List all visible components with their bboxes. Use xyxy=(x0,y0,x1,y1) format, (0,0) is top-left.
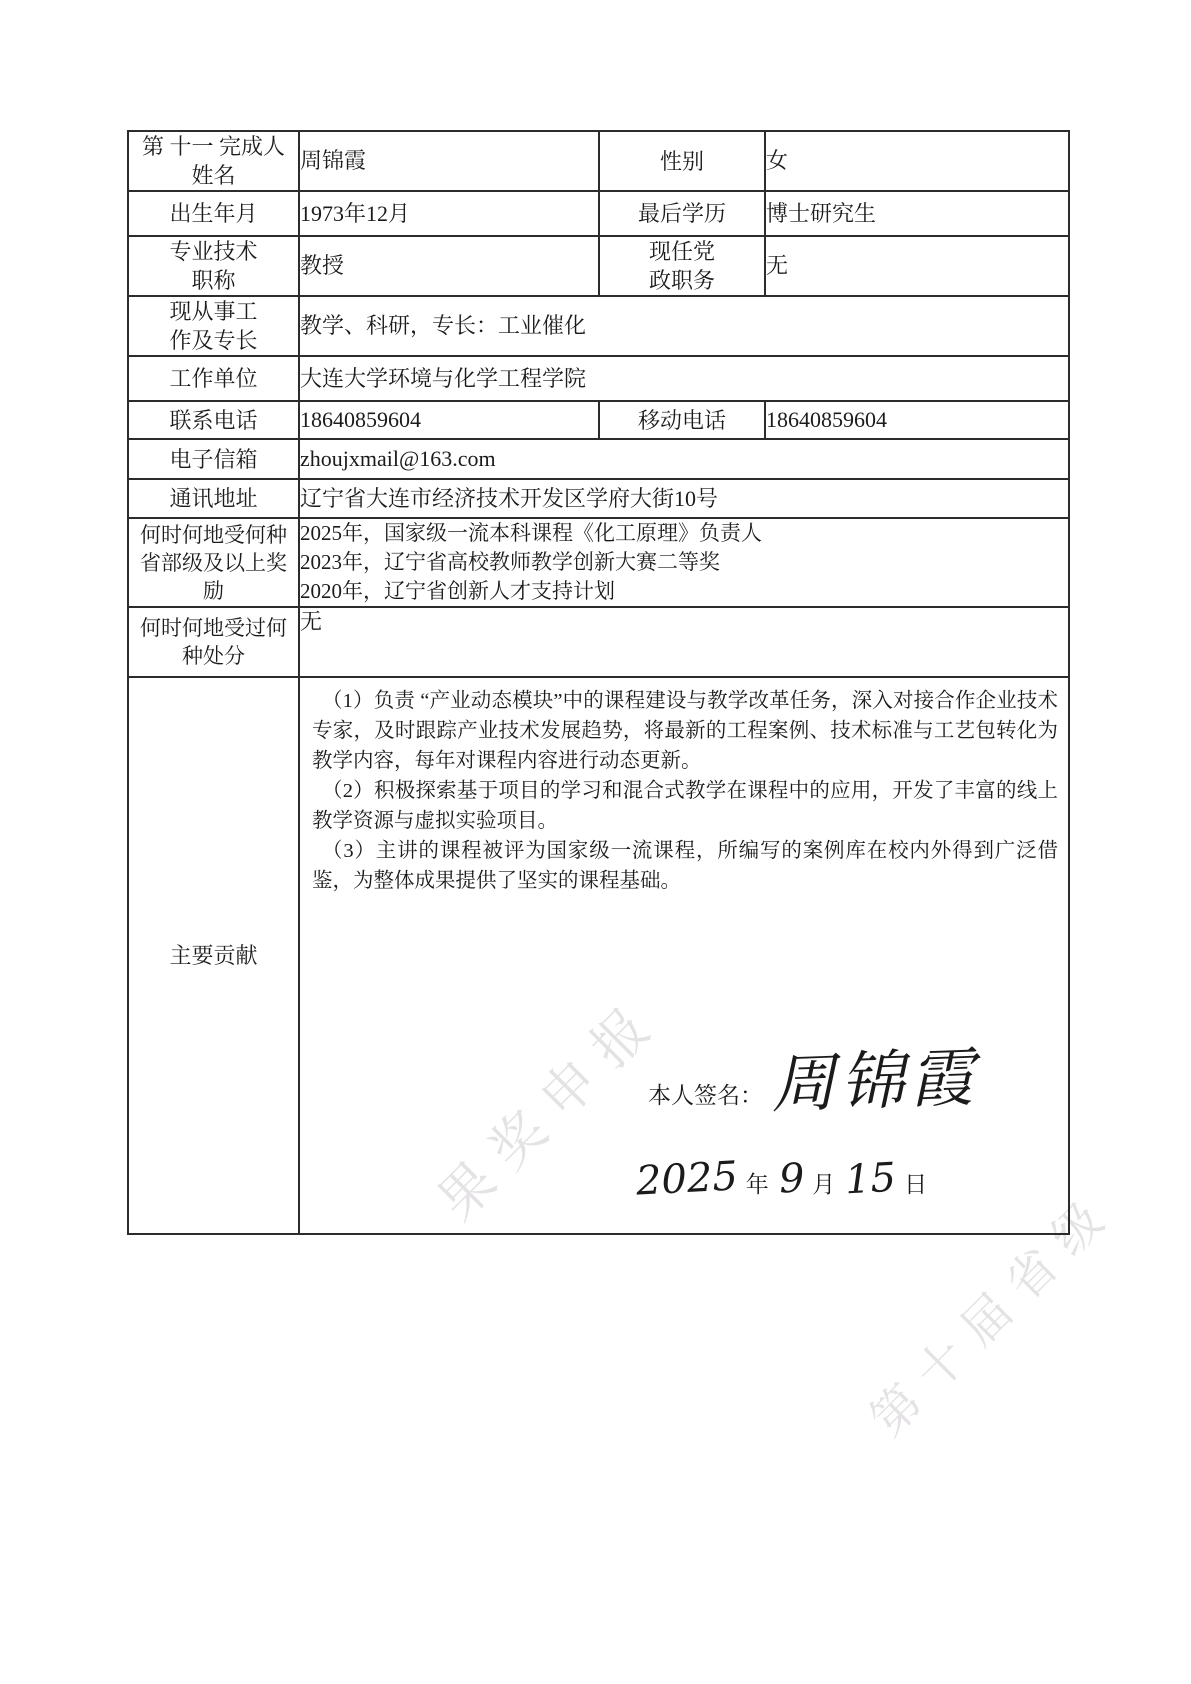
table-row: 电子信箱 zhoujxmail@163.com xyxy=(128,439,1069,479)
education-label: 最后学历 xyxy=(599,191,765,236)
table-row: 何时何地受何种 省部级及以上奖 励 2025年，国家级一流本科课程《化工原理》负… xyxy=(128,518,1069,607)
contribution-paragraph-2: （2）积极探索基于项目的学习和混合式教学在课程中的应用，开发了丰富的线上教学资源… xyxy=(312,776,1058,836)
table-row: 第 十一 完成人 姓名 周锦霞 性别 女 xyxy=(128,131,1069,191)
professional-title-value: 教授 xyxy=(299,236,599,296)
award-line-3: 2020年，辽宁省创新人才支持计划 xyxy=(300,577,1068,606)
table-row: 联系电话 18640859604 移动电话 18640859604 xyxy=(128,401,1069,439)
phone-value: 18640859604 xyxy=(299,401,599,439)
month-unit: 月 xyxy=(812,1172,835,1197)
email-label: 电子信箱 xyxy=(128,439,299,479)
year-unit: 年 xyxy=(746,1172,769,1197)
handwritten-signature: 周锦霞 xyxy=(769,1026,979,1125)
main-contribution-cell: （1）负责 “产业动态模块”中的课程建设与教学改革任务，深入对接合作企业技术专家… xyxy=(299,677,1069,1234)
party-post-label: 现任党 政职务 xyxy=(599,236,765,296)
current-work-label: 现从事工 作及专长 xyxy=(128,296,299,356)
employer-value: 大连大学环境与化学工程学院 xyxy=(299,356,1069,401)
education-value: 博士研究生 xyxy=(765,191,1069,236)
awards-value: 2025年，国家级一流本科课程《化工原理》负责人 2023年，辽宁省高校教师教学… xyxy=(299,518,1069,607)
mobile-label: 移动电话 xyxy=(599,401,765,439)
main-contribution-text: （1）负责 “产业动态模块”中的课程建设与教学改革任务，深入对接合作企业技术专家… xyxy=(300,678,1068,896)
signature-date-line: 2025年9月15日 xyxy=(636,1156,937,1202)
award-line-2: 2023年，辽宁省高校教师教学创新大赛二等奖 xyxy=(300,548,1068,577)
handwritten-year: 2025 xyxy=(635,1153,739,1204)
gender-label: 性别 xyxy=(599,131,765,191)
handwritten-month: 9 xyxy=(778,1155,806,1202)
email-value: zhoujxmail@163.com xyxy=(299,439,1069,479)
current-work-value: 教学、科研，专长：工业催化 xyxy=(299,296,1069,356)
personnel-info-table: 第 十一 完成人 姓名 周锦霞 性别 女 出生年月 1973年12月 最后学历 … xyxy=(127,130,1070,1235)
day-unit: 日 xyxy=(904,1172,927,1197)
phone-label: 联系电话 xyxy=(128,401,299,439)
main-contribution-label: 主要贡献 xyxy=(128,677,299,1234)
table-row: 工作单位 大连大学环境与化学工程学院 xyxy=(128,356,1069,401)
birthdate-label: 出生年月 xyxy=(128,191,299,236)
table-row: 通讯地址 辽宁省大连市经济技术开发区学府大街10号 xyxy=(128,479,1069,518)
table-row: 何时何地受过何 种处分 无 xyxy=(128,607,1069,677)
table-row: 现从事工 作及专长 教学、科研，专长：工业催化 xyxy=(128,296,1069,356)
birthdate-value: 1973年12月 xyxy=(299,191,599,236)
party-post-value: 无 xyxy=(765,236,1069,296)
signature-line: 本人签名：周锦霞 xyxy=(648,1030,978,1122)
handwritten-day: 15 xyxy=(844,1155,897,1204)
contribution-paragraph-3: （3）主讲的课程被评为国家级一流课程，所编写的案例库在校内外得到广泛借鉴，为整体… xyxy=(312,836,1058,896)
table-row: 主要贡献 （1）负责 “产业动态模块”中的课程建设与教学改革任务，深入对接合作企… xyxy=(128,677,1069,1234)
award-line-1: 2025年，国家级一流本科课程《化工原理》负责人 xyxy=(300,519,1068,548)
completer-name-value: 周锦霞 xyxy=(299,131,599,191)
scanned-form-page: 果奖申报 第十届省级 第 十一 完成人 姓名 周锦霞 性别 女 出生年月 197… xyxy=(0,0,1191,1684)
table-row: 专业技术 职称 教授 现任党 政职务 无 xyxy=(128,236,1069,296)
completer-name-label: 第 十一 完成人 姓名 xyxy=(128,131,299,191)
contribution-paragraph-1: （1）负责 “产业动态模块”中的课程建设与教学改革任务，深入对接合作企业技术专家… xyxy=(312,686,1058,776)
punishment-label: 何时何地受过何 种处分 xyxy=(128,607,299,677)
awards-label: 何时何地受何种 省部级及以上奖 励 xyxy=(128,518,299,607)
address-value: 辽宁省大连市经济技术开发区学府大街10号 xyxy=(299,479,1069,518)
professional-title-label: 专业技术 职称 xyxy=(128,236,299,296)
mobile-value: 18640859604 xyxy=(765,401,1069,439)
punishment-value: 无 xyxy=(299,607,1069,677)
employer-label: 工作单位 xyxy=(128,356,299,401)
signature-label: 本人签名： xyxy=(648,1083,763,1108)
gender-value: 女 xyxy=(765,131,1069,191)
address-label: 通讯地址 xyxy=(128,479,299,518)
table-row: 出生年月 1973年12月 最后学历 博士研究生 xyxy=(128,191,1069,236)
